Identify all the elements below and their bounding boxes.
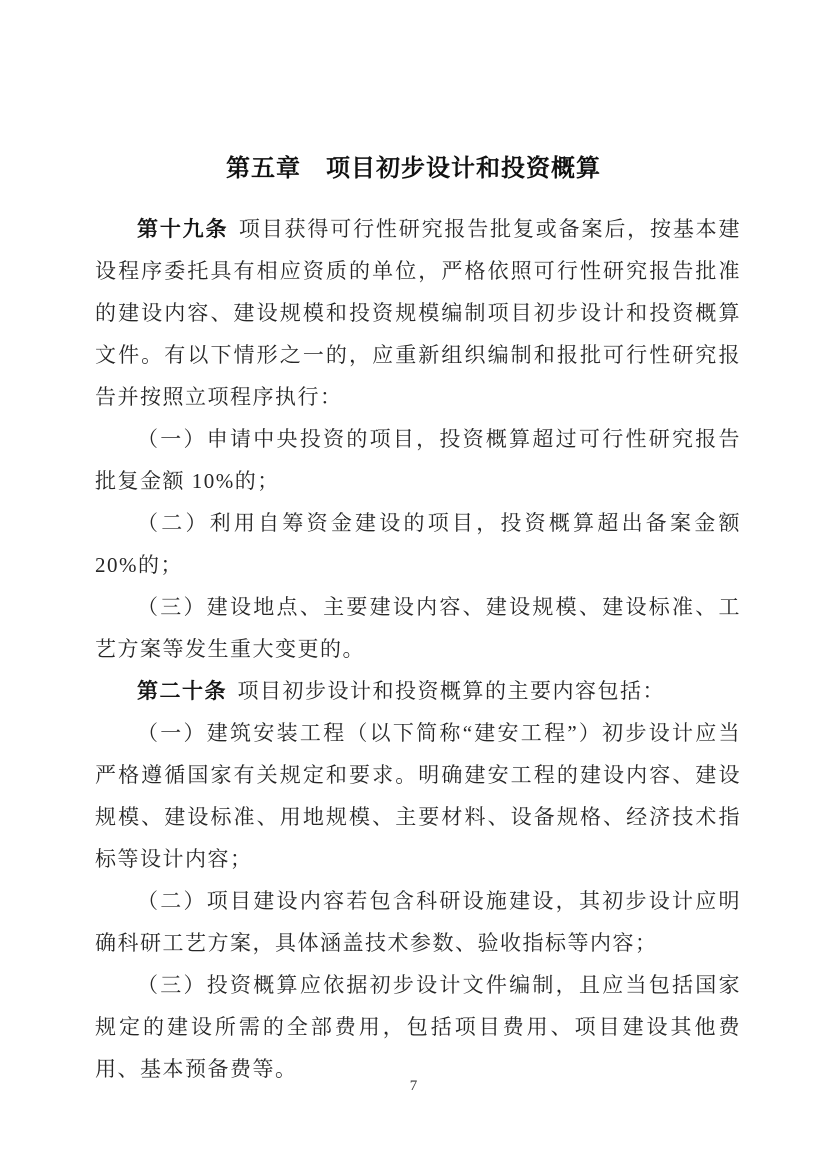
document-body: 第十九条项目获得可行性研究报告批复或备案后，按基本建设程序委托具有相应资质的单位… (95, 208, 741, 1090)
document-page: 第五章 项目初步设计和投资概算 第十九条项目获得可行性研究报告批复或备案后，按基… (0, 0, 827, 1170)
chapter-title: 第五章 项目初步设计和投资概算 (0, 148, 827, 183)
page-number: 7 (0, 1078, 827, 1095)
paragraph: 第十九条项目获得可行性研究报告批复或备案后，按基本建设程序委托具有相应资质的单位… (95, 208, 741, 418)
paragraph: （一）建筑安装工程（以下简称“建安工程”）初步设计应当严格遵循国家有关规定和要求… (95, 712, 741, 880)
paragraph: 第二十条项目初步设计和投资概算的主要内容包括： (95, 670, 741, 712)
paragraph: （二）项目建设内容若包含科研设施建设，其初步设计应明确科研工艺方案，具体涵盖技术… (95, 880, 741, 964)
paragraph: （一）申请中央投资的项目，投资概算超过可行性研究报告批复金额 10%的； (95, 418, 741, 502)
paragraph: （二）利用自筹资金建设的项目，投资概算超出备案金额 20%的； (95, 502, 741, 586)
article-number: 第十九条 (137, 217, 228, 241)
article-number: 第二十条 (137, 679, 227, 703)
paragraph: （三）投资概算应依据初步设计文件编制，且应当包括国家规定的建设所需的全部费用，包… (95, 964, 741, 1090)
paragraph: （三）建设地点、主要建设内容、建设规模、建设标准、工艺方案等发生重大变更的。 (95, 586, 741, 670)
